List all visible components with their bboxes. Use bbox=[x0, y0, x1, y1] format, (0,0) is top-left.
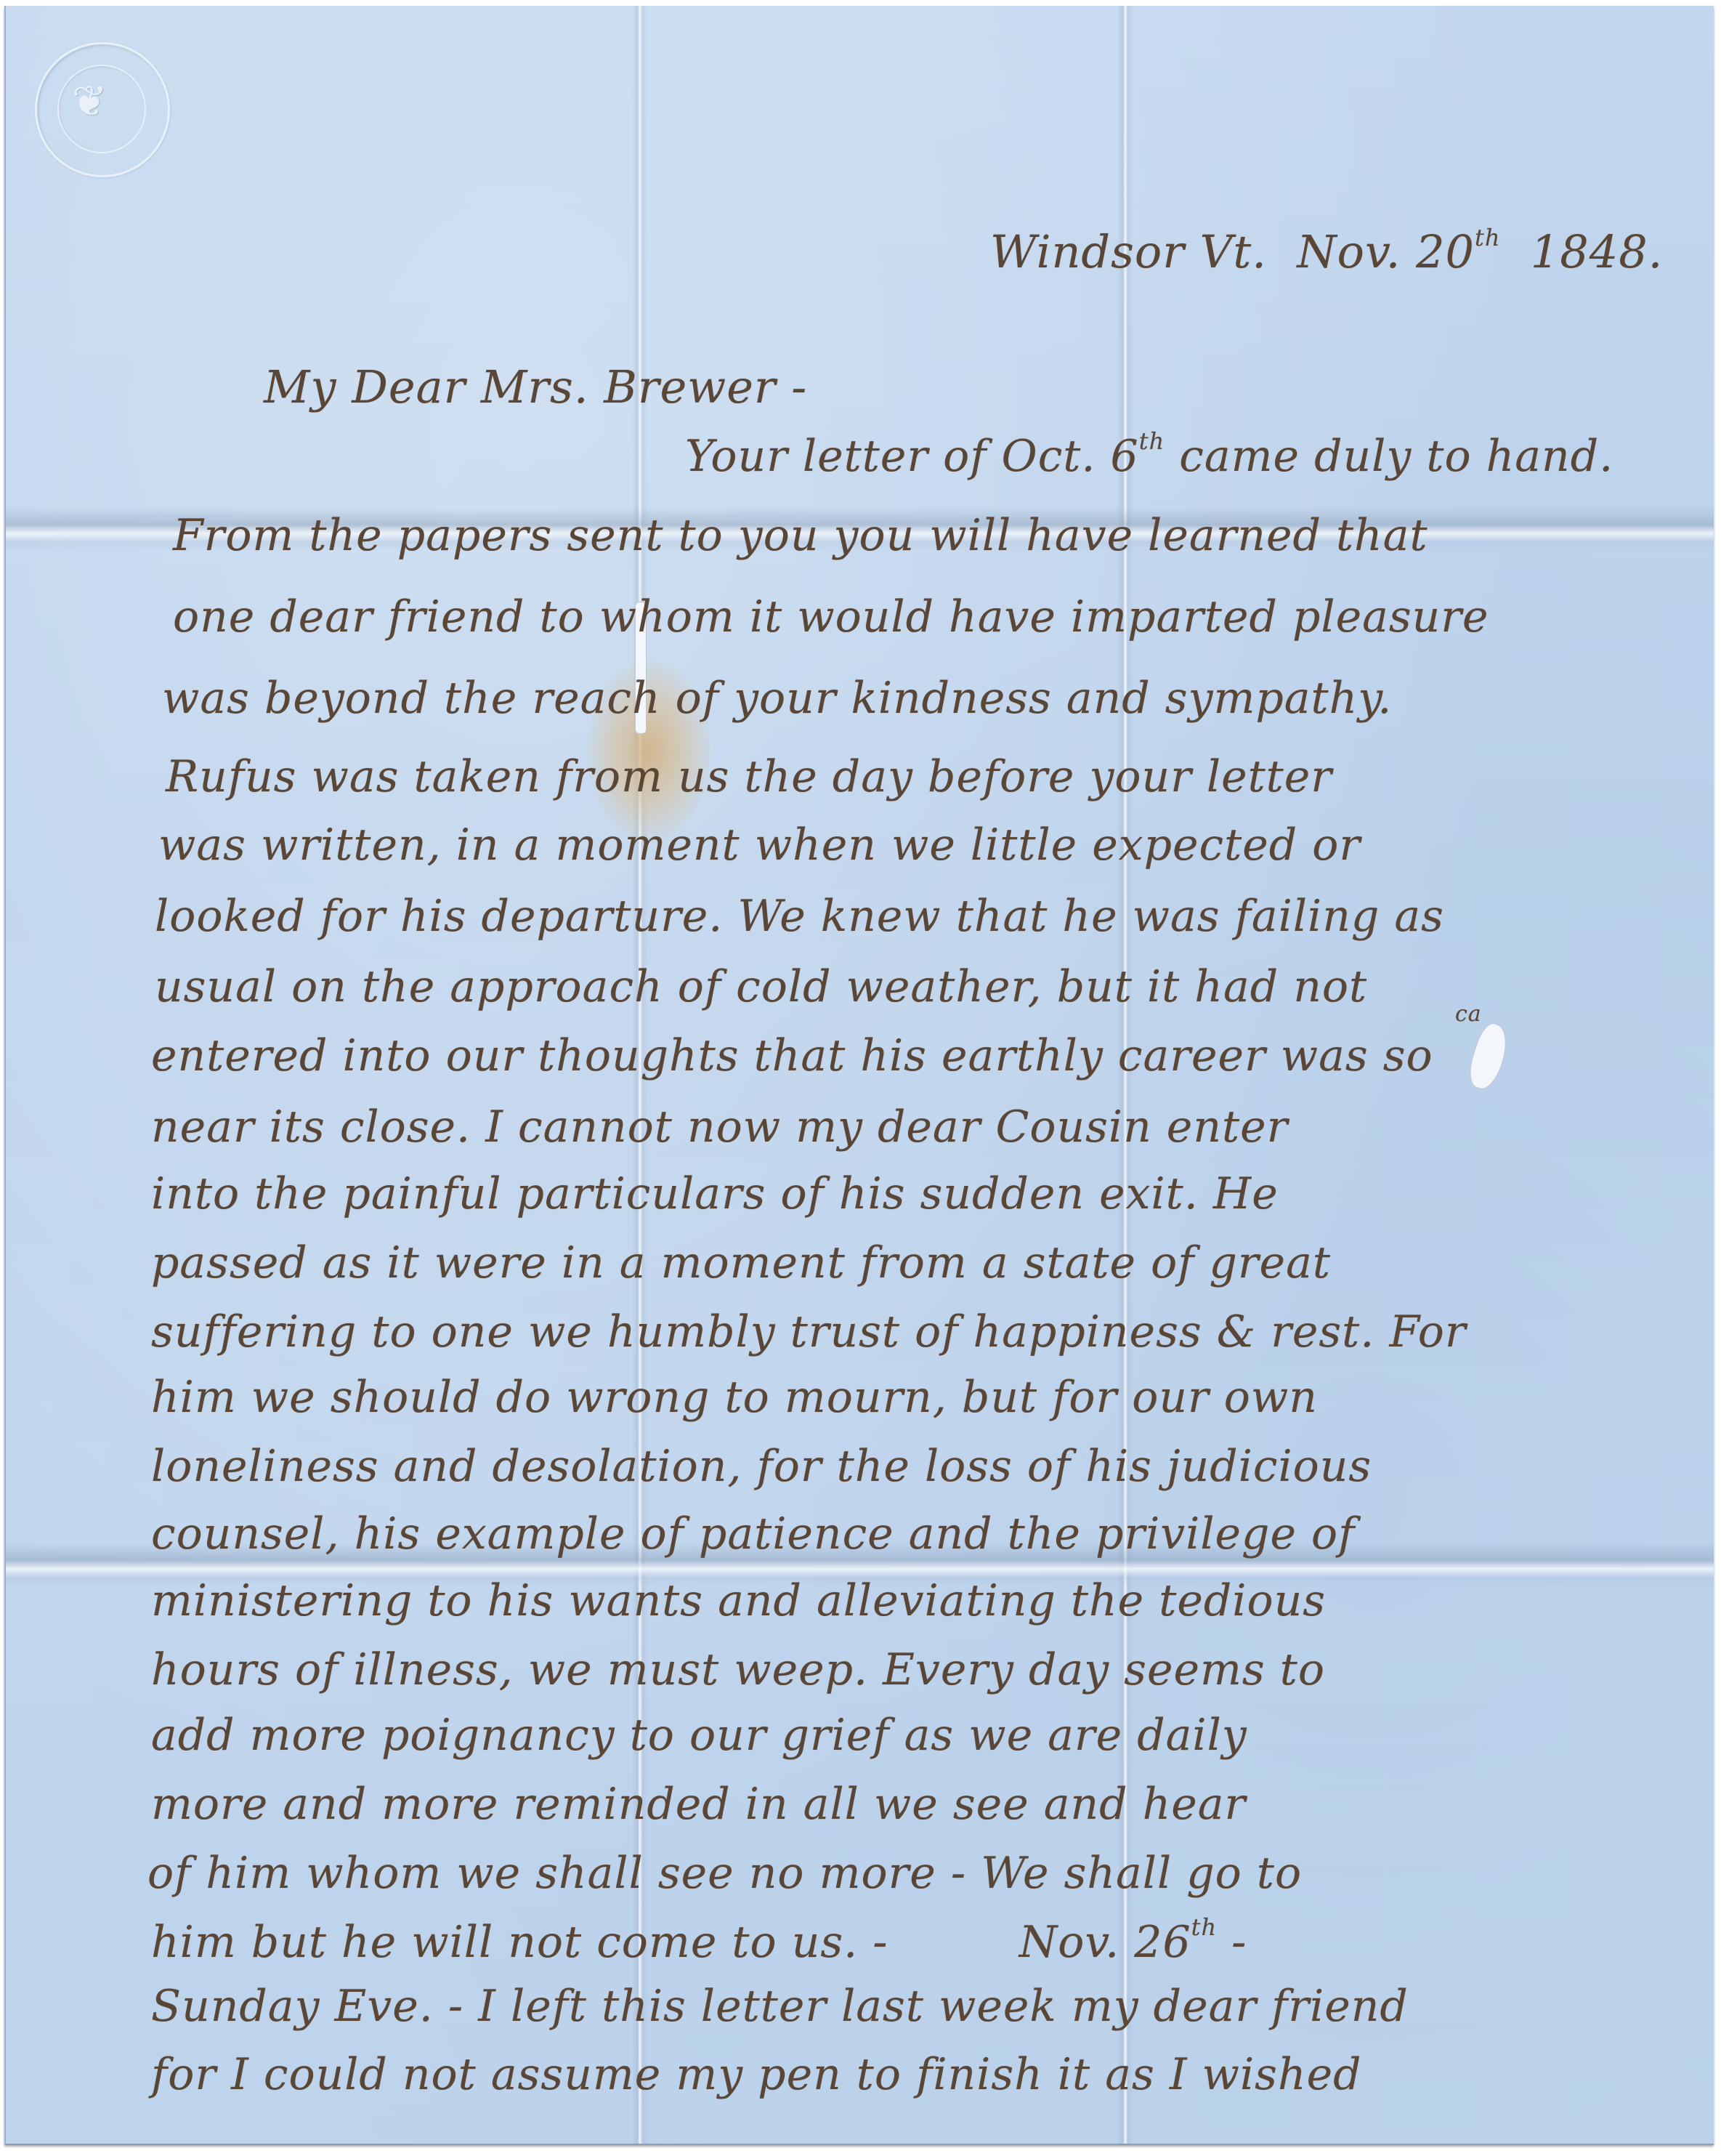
date: Nov. 20 bbox=[1297, 225, 1475, 278]
place: Windsor Vt. bbox=[990, 225, 1267, 278]
letter-line: Rufus was taken from us the day before y… bbox=[166, 751, 1332, 802]
letter-page: ❦ Windsor Vt. Nov. 20th 1848. My Dear Mr… bbox=[4, 6, 1714, 2145]
bird-emblem-icon: ❦ bbox=[72, 76, 108, 126]
letter-line: looked for his departure. We knew that h… bbox=[155, 891, 1444, 942]
letter-line: of him whom we shall see no more - We sh… bbox=[147, 1848, 1302, 1899]
letter-line: counsel, his example of patience and the… bbox=[151, 1509, 1355, 1559]
interlinear-correction: ca bbox=[1455, 1001, 1482, 1027]
date-suffix: th bbox=[1475, 224, 1500, 251]
letter-line: loneliness and desolation, for the loss … bbox=[151, 1441, 1372, 1492]
letter-line: passed as it were in a moment from a sta… bbox=[151, 1238, 1331, 1288]
letter-line: suffering to one we humbly trust of happ… bbox=[151, 1307, 1467, 1357]
letter-line: was beyond the reach of your kindness an… bbox=[162, 673, 1392, 724]
salutation: My Dear Mrs. Brewer - bbox=[264, 360, 807, 413]
letter-line: him but he will not come to us. - Nov. 2… bbox=[151, 1913, 1247, 1968]
letter-line: was written, in a moment when we little … bbox=[158, 820, 1361, 871]
letter-line: add more poignancy to our grief as we ar… bbox=[151, 1710, 1247, 1761]
paper-tear bbox=[1464, 1020, 1513, 1093]
postscript-date: Nov. 26 bbox=[1019, 1917, 1191, 1968]
letter-line: entered into our thoughts that his earth… bbox=[151, 1030, 1433, 1081]
letter-line: him we should do wrong to mourn, but for… bbox=[151, 1372, 1318, 1423]
letter-line: Your letter of Oct. 6th came duly to han… bbox=[685, 427, 1613, 482]
embossed-seal-icon: ❦ bbox=[35, 42, 170, 177]
letter-line: more and more reminded in all we see and… bbox=[151, 1779, 1246, 1830]
letter-line: Sunday Eve. - I left this letter last we… bbox=[151, 1981, 1409, 2032]
letter-line: near its close. I cannot now my dear Cou… bbox=[151, 1102, 1288, 1152]
letter-line: hours of illness, we must weep. Every da… bbox=[151, 1644, 1325, 1695]
year: 1848. bbox=[1531, 225, 1664, 278]
letter-line: one dear friend to whom it would have im… bbox=[173, 592, 1489, 642]
letter-line: usual on the approach of cold weather, b… bbox=[155, 961, 1367, 1012]
letter-line: for I could not assume my pen to finish … bbox=[151, 2049, 1362, 2100]
dateline: Windsor Vt. Nov. 20th 1848. bbox=[990, 224, 1663, 278]
letter-line: ministering to his wants and alleviating… bbox=[151, 1575, 1326, 1626]
letter-line: From the papers sent to you you will hav… bbox=[173, 510, 1428, 561]
letter-line: into the painful particulars of his sudd… bbox=[151, 1168, 1279, 1219]
